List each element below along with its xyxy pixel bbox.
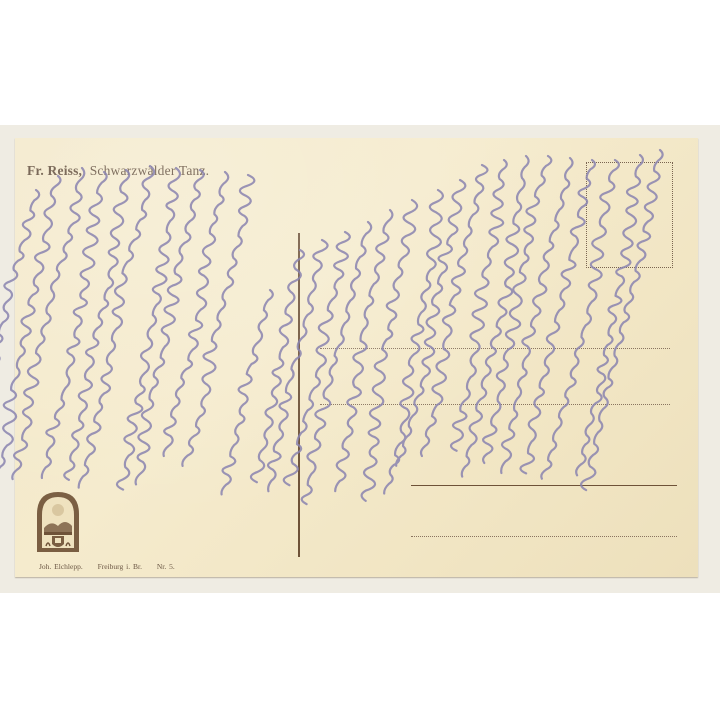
artist-name: Fr. Reiss, [27, 163, 82, 178]
address-line-3 [411, 485, 677, 486]
card-number: Nr. 5. [157, 562, 175, 571]
stamp-placeholder [586, 162, 673, 268]
postcard-title: Fr. Reiss, Schwarzwälder Tanz. [27, 163, 209, 179]
address-line-1 [320, 348, 670, 349]
address-line-4 [411, 536, 677, 537]
publisher-city: Freiburg i. Br. [98, 562, 142, 571]
address-line-2 [320, 404, 670, 405]
center-divider [298, 233, 300, 557]
publisher-name: Joh. Elchlepp. [39, 562, 83, 571]
publisher-imprint: Joh. Elchlepp. Freiburg i. Br. Nr. 5. [39, 562, 187, 571]
publisher-crest-icon [33, 488, 83, 554]
postcard: Fr. Reiss, Schwarzwälder Tanz. Joh. Elch… [15, 138, 698, 577]
artwork-title: Schwarzwälder Tanz. [90, 163, 210, 178]
